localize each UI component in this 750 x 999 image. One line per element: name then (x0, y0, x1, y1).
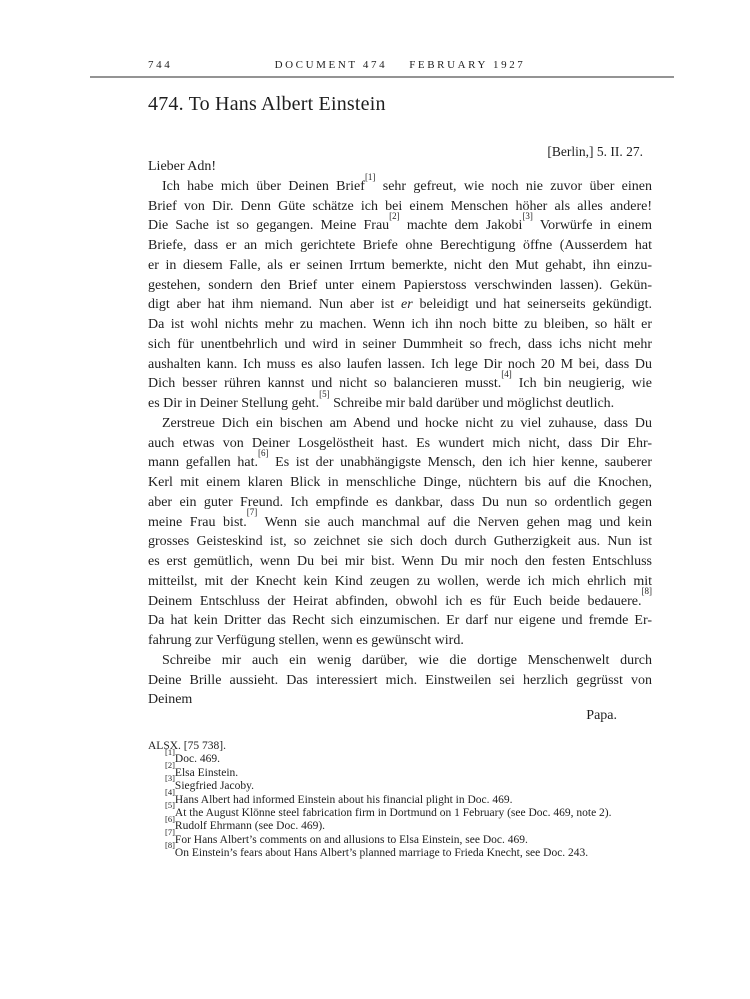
letter-line: Briefe, dass er an mich gerichtete Brief… (148, 236, 652, 256)
signature: Papa. (148, 706, 652, 726)
footnote-number: [3] (165, 773, 175, 783)
footnote-list: [1]Doc. 469.[2]Elsa Einstein.[3]Siegfrie… (148, 753, 708, 860)
letter-line: Ich habe mich über Deinen Brief[1] sehr … (148, 177, 652, 197)
footnote-ref: [6] (258, 448, 269, 458)
letter-line: Da hat kein Dritter das Recht sich einzu… (148, 611, 652, 631)
letter-line: Schreibe mir auch ein wenig darüber, wie… (148, 651, 652, 671)
footnote-ref: [5] (319, 389, 330, 399)
footnote-item: [8]On Einstein’s fears about Hans Albert… (148, 847, 708, 860)
letter-paragraphs: Ich habe mich über Deinen Brief[1] sehr … (148, 177, 652, 710)
letter-line: Die Sache ist so gegangen. Meine Frau[2]… (148, 216, 652, 236)
running-title-document: DOCUMENT 474 (275, 59, 388, 71)
letter-line: gestehen, sondern den Brief unter einem … (148, 276, 652, 296)
letter-line: grosses Geisteskind ist, so zeichnet sie… (148, 532, 652, 552)
footnote-item: [4]Hans Albert had informed Einstein abo… (148, 794, 708, 807)
apparatus-block: ALSX. [75 738]. [1]Doc. 469.[2]Elsa Eins… (148, 740, 708, 861)
footnote-number: [5] (165, 800, 175, 810)
letter-line: fahrung zur Verfügung stellen, wenn es g… (148, 631, 652, 651)
footnote-item: [1]Doc. 469. (148, 753, 708, 766)
footnote-item: [3]Siegfried Jacoby. (148, 780, 708, 793)
header-rule (90, 76, 674, 78)
letter-line: digt aber hat ihm niemand. Nun aber ist … (148, 295, 652, 315)
footnote-ref: [2] (389, 211, 400, 221)
letter-line: meine Frau bist.[7] Wenn sie auch manchm… (148, 513, 652, 533)
footnote-number: [7] (165, 827, 175, 837)
footnote-item: [6]Rudolf Ehrmann (see Doc. 469). (148, 820, 708, 833)
book-page: 744 DOCUMENT 474FEBRUARY 1927 474. To Ha… (0, 0, 750, 999)
letter-body: Lieber Adn! Ich habe mich über Deinen Br… (148, 157, 652, 710)
source-line: ALSX. [75 738]. (148, 740, 708, 753)
footnote-ref: [8] (642, 586, 653, 596)
footnote-item: [7]For Hans Albert’s comments on and all… (148, 834, 708, 847)
running-title-date: FEBRUARY 1927 (409, 59, 525, 71)
letter-line: er in diesem Falle, als er seinen Irrtum… (148, 256, 652, 276)
letter-line: Deine Brille aussieht. Das interessiert … (148, 671, 652, 691)
footnote-number: [1] (165, 747, 175, 757)
footnote-ref: [7] (247, 507, 258, 517)
footnote-ref: [4] (501, 369, 512, 379)
letter-line: aushalten kann. Ich muss es also laufen … (148, 355, 652, 375)
footnote-number: [8] (165, 840, 175, 850)
letter-line: aber ein guter Freund. Ich empfinde es d… (148, 493, 652, 513)
salutation: Lieber Adn! (148, 157, 652, 177)
letter-line: auch etwas von Deiner Losgelöstheit hast… (148, 434, 652, 454)
letter-line: mitteilst, mit der Knecht kein Kind zeug… (148, 572, 652, 592)
letter-line: Da ist wohl nichts mehr zu machen. Wenn … (148, 315, 652, 335)
letter-line: sich für unentbehrlich und wird in seine… (148, 335, 652, 355)
letter-line: Brief von Dir. Denn Güte schätze ich bei… (148, 197, 652, 217)
letter-line: Zerstreue Dich ein bischen am Abend und … (148, 414, 652, 434)
running-header: 744 DOCUMENT 474FEBRUARY 1927 (148, 58, 652, 72)
footnote-item: [5]At the August Klönne steel fabricatio… (148, 807, 708, 820)
letter-line: es Dir in Deiner Stellung geht.[5] Schre… (148, 394, 652, 414)
letter-line: Kerl mit einem klaren Blick in menschlic… (148, 473, 652, 493)
footnote-item: [2]Elsa Einstein. (148, 767, 708, 780)
page-number: 744 (148, 58, 172, 72)
footnote-ref: [1] (365, 172, 376, 182)
footnote-ref: [3] (522, 211, 533, 221)
letter-line: Dich besser rühren kannst und nicht so b… (148, 374, 652, 394)
letter-line: mann gefallen hat.[6] Es ist der unabhän… (148, 453, 652, 473)
footnote-number: [2] (165, 760, 175, 770)
letter-line: Deinem Entschluss der Heirat abfinden, o… (148, 592, 652, 612)
document-title: 474. To Hans Albert Einstein (148, 94, 386, 114)
footnote-number: [4] (165, 787, 175, 797)
letter-line: es erst gemütlich, wenn Du bei mir bist.… (148, 552, 652, 572)
running-title: DOCUMENT 474FEBRUARY 1927 (148, 58, 652, 72)
footnote-number: [6] (165, 814, 175, 824)
